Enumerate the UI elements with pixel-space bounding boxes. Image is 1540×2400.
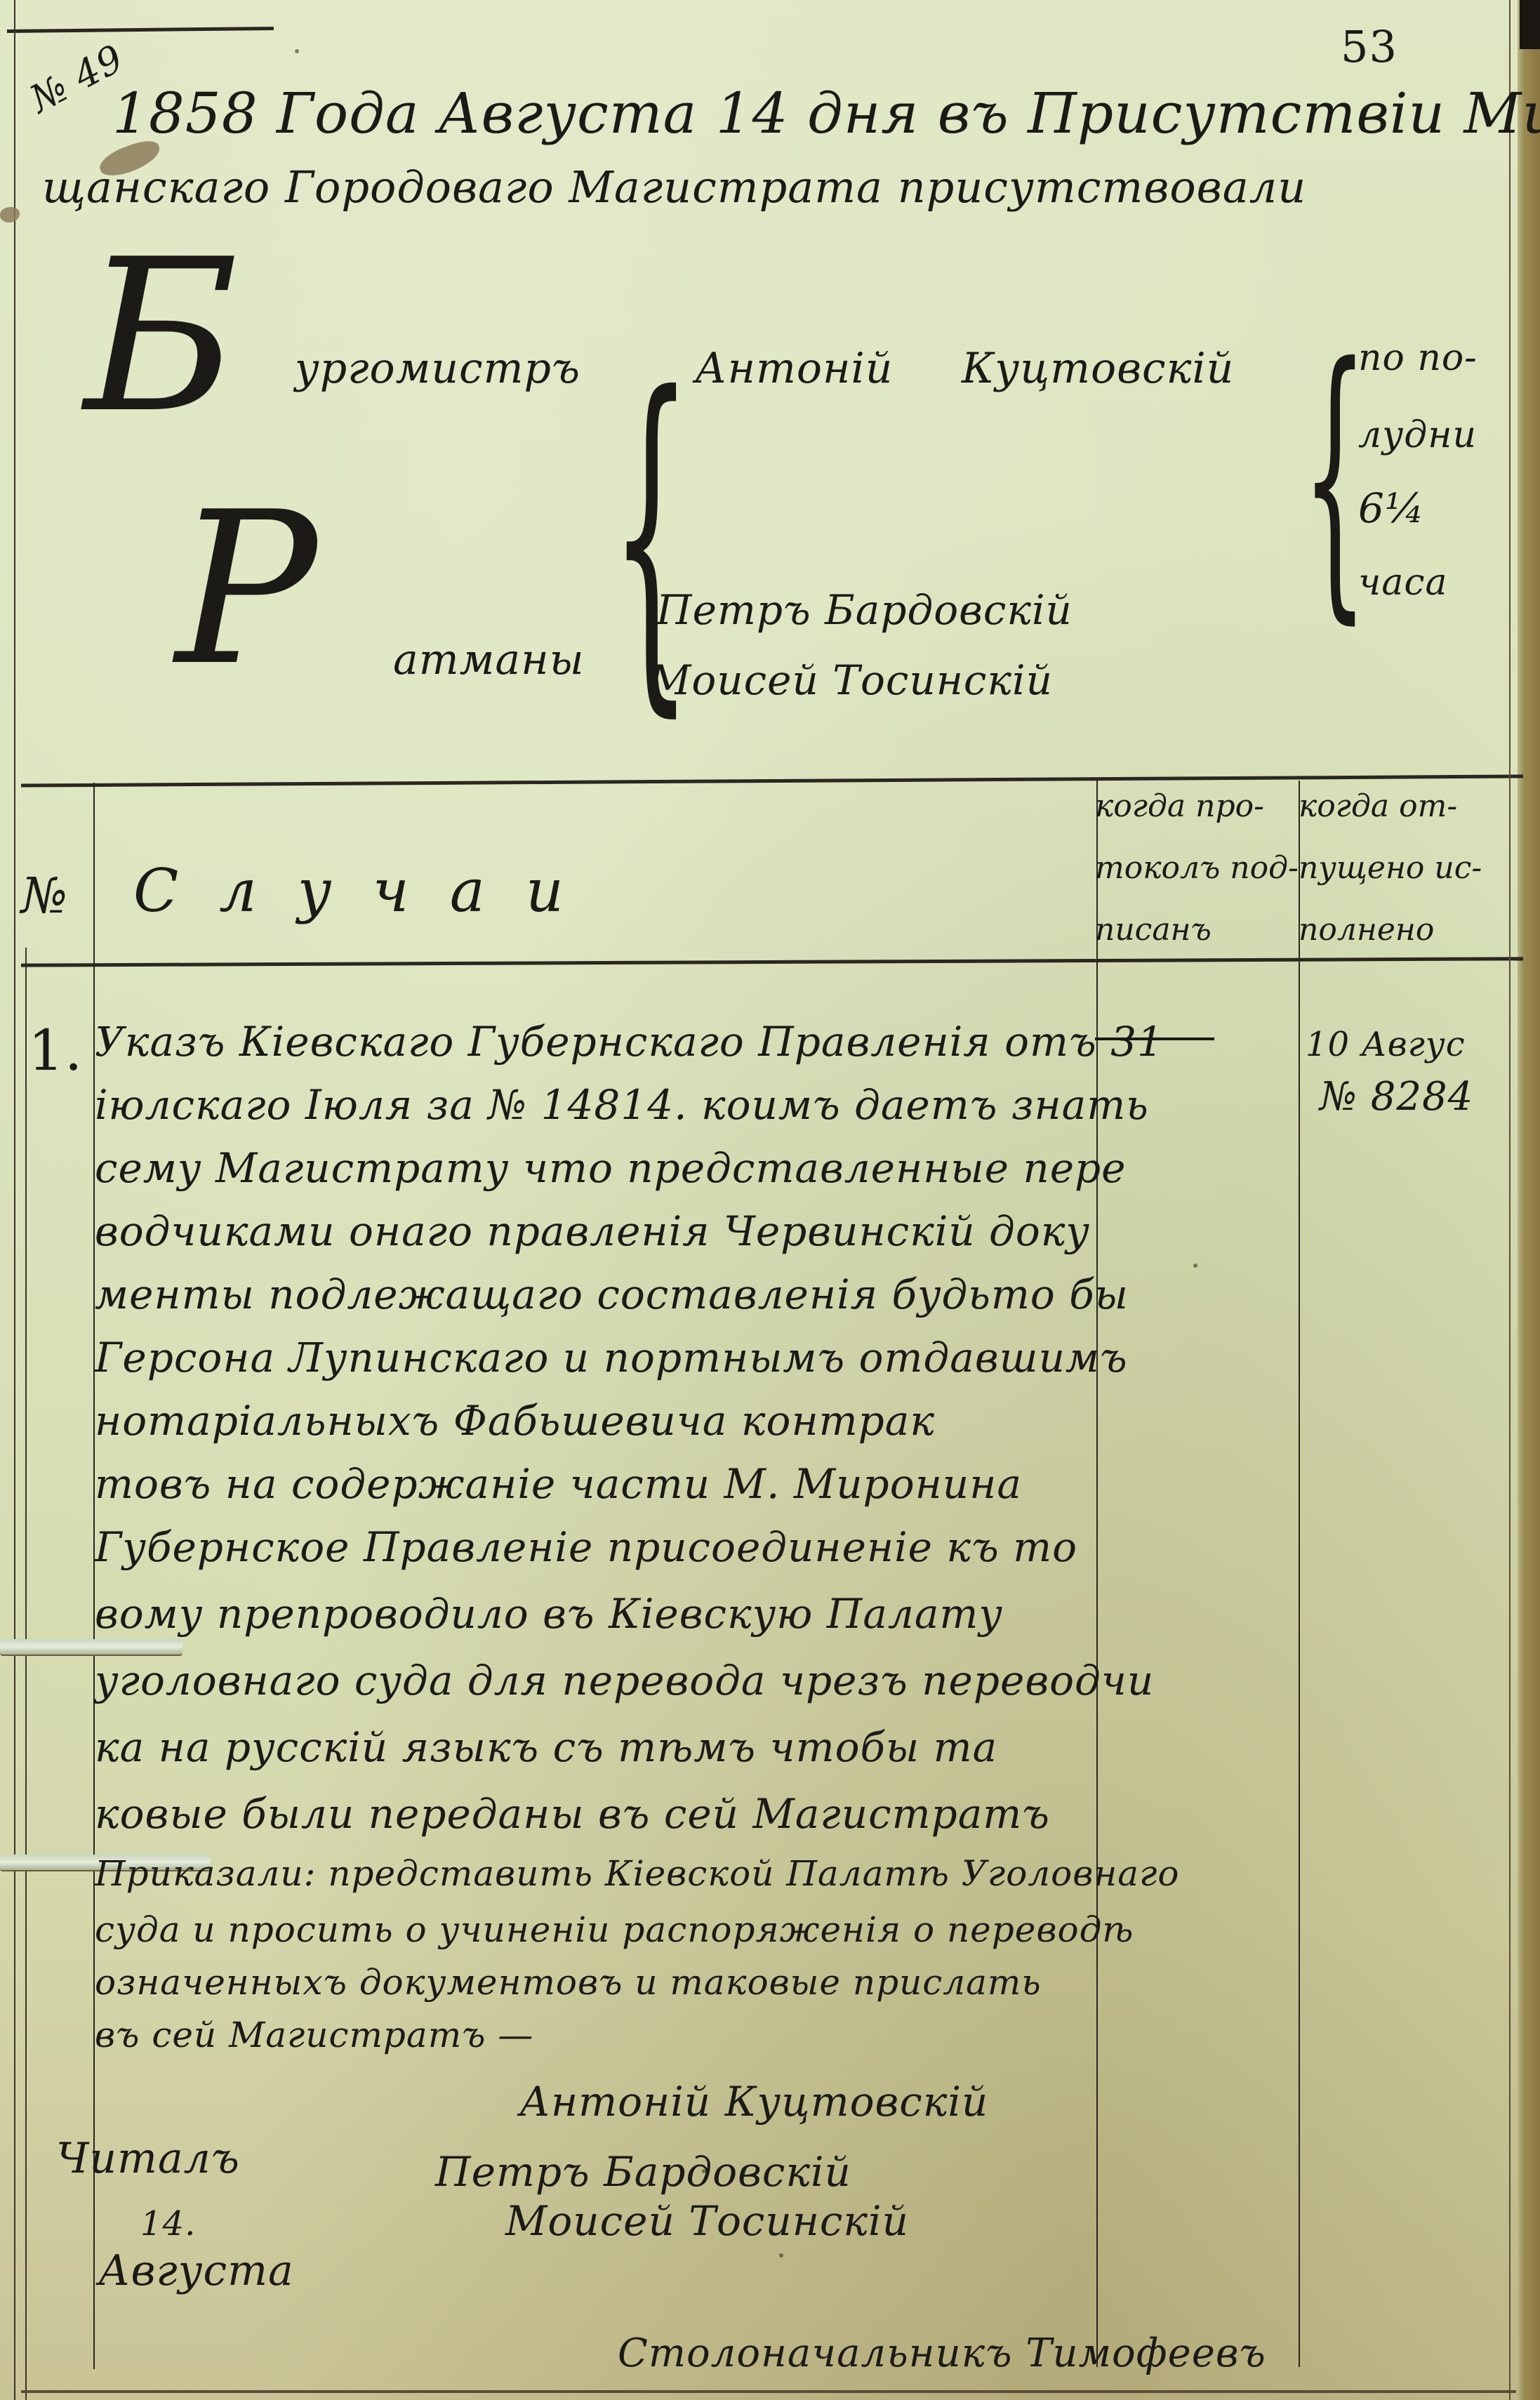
entry-text-line: ка на русскiй языкъ съ тѣмъ чтобы та (95, 1723, 997, 1771)
members-role: атманы (393, 635, 585, 684)
entry-text-line: вому препроводило въ Кiевскую Палату (95, 1590, 1003, 1638)
signature: Петръ Бардовскiй (435, 2148, 851, 2196)
speck (779, 2253, 783, 2258)
page-edge-shadow (1520, 0, 1540, 49)
signed-empty-dash (1095, 1037, 1214, 1040)
presiding-first-name: Антонiй (695, 344, 893, 393)
column-divider-sent (1299, 781, 1300, 2367)
signature: Антонiй Куцтовскiй (519, 2078, 988, 2126)
presiding-last-name: Куцтовскiй (962, 344, 1234, 393)
ink-stain (0, 207, 20, 223)
entry-text-line: менты подлежащаго составленiя будьто бы (95, 1271, 1129, 1318)
column-header-signed-line: когда про- (1095, 776, 1299, 837)
top-rule (7, 27, 274, 33)
column-header-sent-line: полнено (1299, 899, 1482, 961)
entry-text-line: товъ на содержанiе части М. Миронина (95, 1460, 1022, 1508)
margin-note-day: 14. (140, 2204, 196, 2243)
member-name-1: Петръ Бардовскiй (656, 586, 1073, 634)
entry-text-line: суда и просить о учиненiи распоряженiя о… (95, 1909, 1134, 1950)
column-header-number: № (21, 867, 67, 924)
time-note-line: часа (1358, 562, 1447, 604)
member-name-2: Моисей Тосинскiй (649, 656, 1053, 704)
column-header-sent: когда от- пущено ис- полнено (1299, 776, 1482, 961)
header-presence-line: щанскаго Городоваго Магистрата присутств… (42, 161, 1306, 213)
entry-text-line: Губернское Правленiе присоединенiе къ то (95, 1523, 1077, 1571)
header-date-line: 1858 Года Августа 14 дня въ Присутствiи … (112, 81, 1540, 146)
column-header-signed: когда про- токолъ под- писанъ (1095, 776, 1299, 961)
bottom-rule (21, 2390, 1516, 2393)
left-margin-rule (14, 0, 15, 2400)
page-edge (1518, 0, 1540, 2400)
presiding-role: ургомистръ (295, 344, 580, 393)
sent-date: 10 Авгус (1306, 1025, 1466, 1064)
right-margin-rule (1509, 0, 1511, 2400)
entry-text-line: означенныхъ документовъ и таковые присла… (95, 1962, 1042, 2003)
entry-text-line: Герсона Лупинскаго и портнымъ отдавшимъ (95, 1334, 1128, 1381)
entry-text-line: водчиками онаго правленiя Червинскiй док… (95, 1207, 1090, 1255)
page-number: 53 (1341, 21, 1398, 72)
decorative-initial-b: Б (84, 232, 239, 442)
signature: Столоначальникъ Тимофеевъ (618, 2331, 1266, 2376)
entry-text-line: въ сей Магистратъ — (95, 2015, 533, 2055)
column-header-sent-line: пущено ис- (1299, 837, 1482, 899)
entry-text-line: iюлскаго Iюля за № 14814. коимъ даетъ зн… (95, 1081, 1149, 1129)
column-header-cases: Случаи (133, 856, 604, 925)
column-header-sent-line: когда от- (1299, 776, 1482, 837)
entry-text-line: нотарiальныхъ Фабьшевича контрак (95, 1397, 935, 1445)
speck (295, 49, 299, 53)
entry-text-line: Приказали: представить Кiевской Палатѣ У… (95, 1853, 1179, 1894)
sent-outgoing-number: № 8284 (1320, 1074, 1473, 1120)
time-note-line: лудни (1358, 414, 1477, 456)
signature: Моисей Тосинскiй (505, 2197, 909, 2245)
speck (1193, 1264, 1197, 1268)
time-note-line: по по- (1358, 337, 1478, 379)
decorative-initial-r: Р (175, 484, 317, 695)
left-margin-rule-inner (25, 948, 27, 2400)
binding-thread (0, 1639, 182, 1656)
entry-number: 1. (28, 1018, 83, 1083)
entry-text-line: ковые были переданы въ сей Магистратъ (95, 1790, 1050, 1838)
curly-brace-icon: { (611, 351, 692, 716)
entry-text-line: сему Магистрату что представленные пере (95, 1144, 1127, 1192)
margin-note-read: Читалъ (56, 2134, 240, 2183)
column-header-signed-line: писанъ (1095, 899, 1299, 961)
entry-text-line: уголовнаго суда для перевода чрезъ перев… (95, 1657, 1154, 1704)
entry-text-line: Указъ Кiевскаго Губернскаго Правленiя от… (95, 1018, 1164, 1066)
time-note-line: 6¼ (1358, 484, 1425, 532)
journal-page: № 49 53 1858 Года Августа 14 дня въ Прис… (0, 0, 1540, 2400)
column-header-signed-line: токолъ под- (1095, 837, 1299, 899)
margin-note-month: Августа (98, 2246, 294, 2295)
